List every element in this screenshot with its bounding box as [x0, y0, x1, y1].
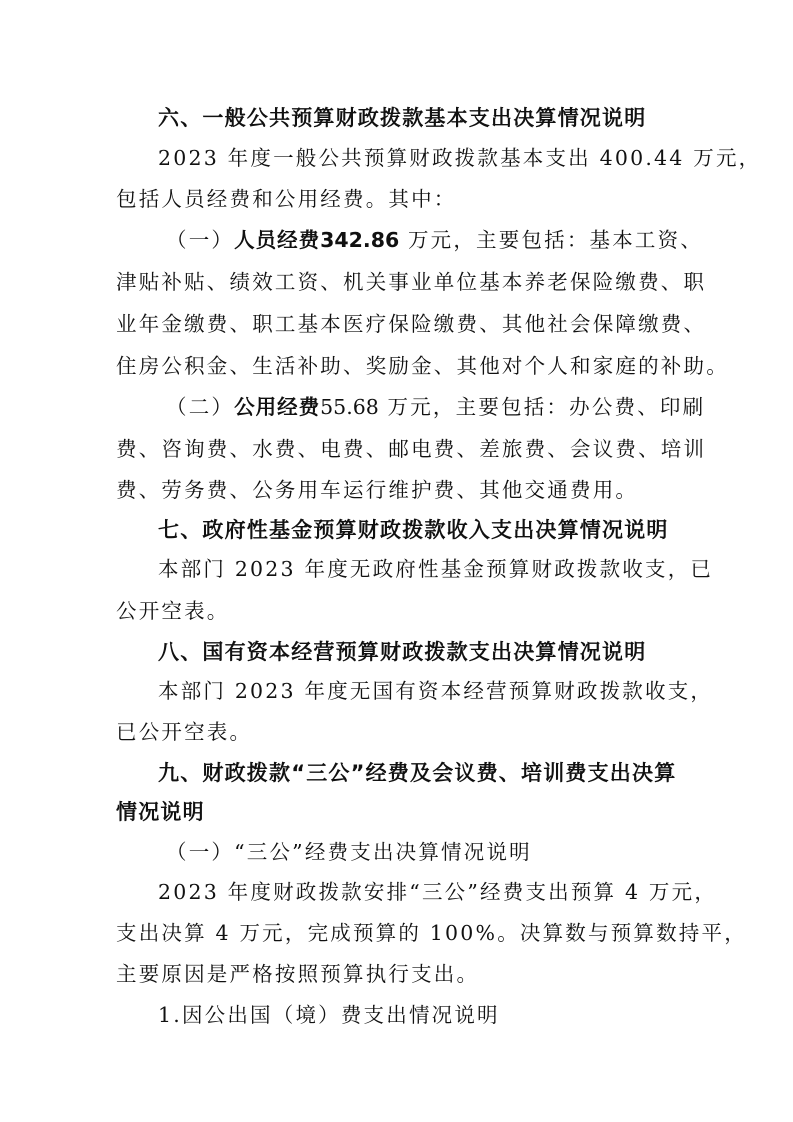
section-6-paragraph-line-2: 包括人员经费和公用经费。其中： [116, 185, 676, 213]
personnel-expense-line: （一）人员经费342.86 万元，主要包括：基本工资、 [166, 226, 726, 254]
section-9-line-2: 支出决算 4 万元，完成预算的 100%。决算数与预算数持平， [116, 919, 676, 947]
public-expense-detail-1: 费、咨询费、水费、电费、邮电费、差旅费、会议费、培训 [116, 435, 676, 463]
section-9-line-1: 2023 年度财政拨款安排“三公”经费支出预算 4 万元， [158, 878, 718, 906]
section-6-paragraph-line-1: 2023 年度一般公共预算财政拨款基本支出 400.44 万元， [158, 144, 718, 172]
personnel-expense-amount: 342.86 [320, 228, 399, 252]
section-8-line-2: 已公开空表。 [116, 718, 676, 746]
public-expense-label: 公用经费 [234, 395, 320, 419]
section-6-heading: 六、一般公共预算财政拨款基本支出决算情况说明 [158, 104, 718, 132]
section-9-line-3: 主要原因是严格按照预算执行支出。 [116, 960, 676, 988]
section-7-heading: 七、政府性基金预算财政拨款收入支出决算情况说明 [158, 516, 718, 544]
document-page: 六、一般公共预算财政拨款基本支出决算情况说明 2023 年度一般公共预算财政拨款… [0, 0, 793, 1122]
section-9-subsubheading: 1.因公出国（境）费支出情况说明 [158, 1001, 718, 1029]
public-expense-rest: 万元，主要包括：办公费、印刷 [388, 395, 706, 419]
section-8-heading: 八、国有资本经营预算财政拨款支出决算情况说明 [158, 638, 718, 666]
personnel-expense-rest: 万元，主要包括：基本工资、 [408, 228, 703, 252]
public-expense-amount: 55.68 [320, 395, 379, 419]
personnel-expense-detail-1: 津贴补贴、绩效工资、机关事业单位基本养老保险缴费、职 [116, 268, 676, 296]
personnel-expense-detail-3: 住房公积金、生活补助、奖励金、其他对个人和家庭的补助。 [116, 352, 676, 380]
public-expense-line: （二）公用经费55.68 万元，主要包括：办公费、印刷 [166, 393, 726, 421]
public-expense-detail-2: 费、劳务费、公务用车运行维护费、其他交通费用。 [116, 476, 676, 504]
personnel-expense-label: 人员经费 [234, 228, 320, 252]
personnel-expense-detail-2: 业年金缴费、职工基本医疗保险缴费、其他社会保障缴费、 [116, 310, 676, 338]
section-9-heading-line-1: 九、财政拨款“三公”经费及会议费、培训费支出决算 [158, 759, 718, 787]
section-7-line-1: 本部门 2023 年度无政府性基金预算财政拨款收支，已 [158, 555, 718, 583]
section-8-line-1: 本部门 2023 年度无国有资本经营预算财政拨款收支， [158, 677, 718, 705]
section-9-heading-line-2: 情况说明 [116, 798, 676, 826]
item-prefix: （二） [166, 395, 234, 419]
section-7-line-2: 公开空表。 [116, 597, 676, 625]
item-prefix: （一） [166, 228, 234, 252]
section-9-subheading: （一）“三公”经费支出决算情况说明 [166, 838, 726, 866]
